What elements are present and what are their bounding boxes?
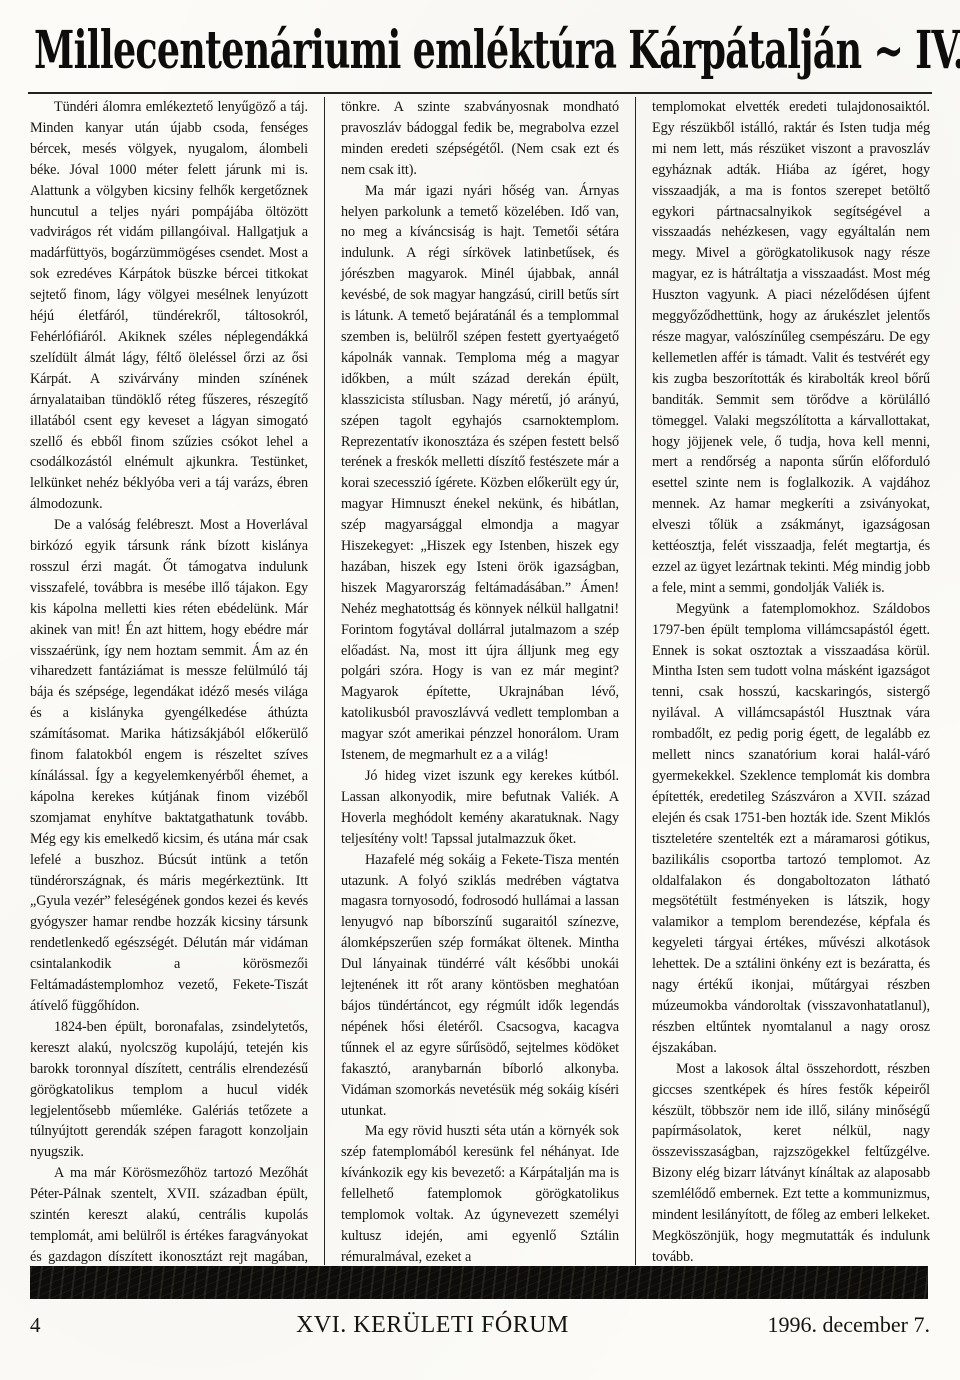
article-paragraph: Jó hideg vizet iszunk egy kerekes kútból… — [341, 766, 619, 850]
article-paragraph: Megyünk a fatemplomokhoz. Száldobos 1797… — [652, 599, 930, 1059]
article-paragraph: 1824-ben épült, boronafalas, zsindelytet… — [30, 1017, 308, 1163]
issue-date: 1996. december 7. — [705, 1312, 930, 1338]
article-paragraph: Tündéri álomra emlékeztető lenyűgöző a t… — [30, 97, 308, 515]
column-2-paragraphs: tönkre. A szinte szabványosnak mondható … — [341, 97, 619, 1265]
article-paragraph: Most a lakosok által összehordott, részb… — [652, 1059, 930, 1265]
article-paragraph: Ma már igazi nyári hőség van. Árnyas hel… — [341, 181, 619, 766]
article-paragraph: Hazafelé még sokáig a Fekete-Tisza menté… — [341, 850, 619, 1122]
newspaper-page: Millecentenáriumi emléktúra Kárpátalján … — [0, 0, 960, 1380]
section-end-bar — [30, 1266, 928, 1299]
article-body: Tündéri álomra emlékeztető lenyűgöző a t… — [30, 97, 930, 1265]
page-number: 4 — [30, 1313, 160, 1338]
article-paragraph: A ma már Körösmezőhöz tartozó Mezőhát Pé… — [30, 1163, 308, 1265]
article-paragraph: De a valóság felébreszt. Most a Hoverláv… — [30, 515, 308, 1017]
publication-name: XVI. KERÜLETI FÓRUM — [160, 1312, 705, 1339]
article-column-1: Tündéri álomra emlékeztető lenyűgöző a t… — [30, 97, 308, 1265]
masthead: Millecentenáriumi emléktúra Kárpátalján … — [34, 20, 944, 86]
article-paragraph: Ma egy rövid huszti séta után a környék … — [341, 1121, 619, 1265]
masthead-divider-rule — [28, 92, 932, 94]
article-paragraph: templomokat elvették eredeti tulajdonosa… — [652, 97, 930, 599]
article-title: Millecentenáriumi emléktúra Kárpátalján … — [34, 20, 671, 81]
page-footer: 4 XVI. KERÜLETI FÓRUM 1996. december 7. — [30, 1312, 930, 1339]
article-column-2: tönkre. A szinte szabványosnak mondható … — [324, 97, 619, 1265]
article-column-3: templomokat elvették eredeti tulajdonosa… — [635, 97, 930, 1265]
article-paragraph: tönkre. A szinte szabványosnak mondható … — [341, 97, 619, 181]
column-3-paragraphs: templomokat elvették eredeti tulajdonosa… — [652, 97, 930, 1265]
column-1-paragraphs: Tündéri álomra emlékeztető lenyűgöző a t… — [30, 97, 308, 1265]
